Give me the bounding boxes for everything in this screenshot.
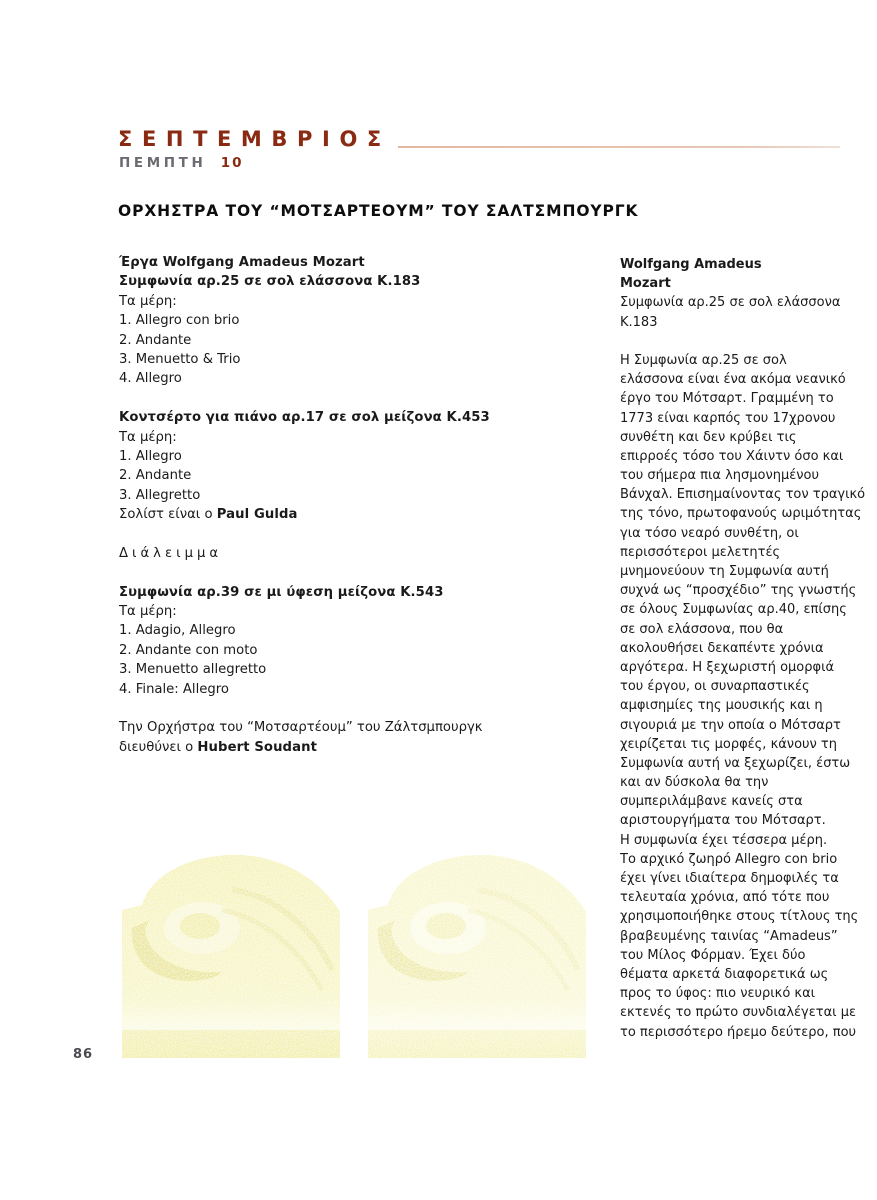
movement: 2. Andante con moto (119, 641, 539, 660)
notes-line: έργο του Μότσαρτ. Γραμμένη το (620, 389, 852, 408)
day-line: ΠΕΜΠΤΗ 10 (119, 155, 243, 171)
spacer (119, 563, 539, 582)
day-name: ΠΕΜΠΤΗ (119, 155, 206, 171)
soloist-line: Σολίστ είναι ο Paul Gulda (119, 505, 539, 524)
notes-line: θέματα αρκετά διαφορετικά ως (620, 965, 852, 984)
notes-line: χειρίζεται τις μορφές, κάνουν τη (620, 735, 852, 754)
notes-line: Βάνχαλ. Επισημαίνοντας τον τραγικό (620, 485, 852, 504)
spacer (119, 524, 539, 543)
conductor-line-1: Την Ορχήστρα του “Μοτσαρτέουμ” του Ζάλτσ… (119, 718, 539, 737)
notes-line: του σήμερα πια λησμονημένου (620, 466, 852, 485)
notes-work: Κ.183 (620, 313, 852, 332)
day-number: 10 (221, 155, 244, 171)
month-title: ΣΕΠΤΕΜΒΡΙΟΣ (118, 128, 391, 150)
notes-line: το περισσότερο ήρεμο δεύτερο, που (620, 1023, 852, 1042)
notes-line: του Μίλος Φόρμαν. Έχει δύο (620, 946, 852, 965)
notes-line: και αν δύσκολα θα την (620, 773, 852, 792)
movement: 4. Finale: Allegro (119, 680, 539, 699)
conductor-line-2: διευθύνει ο Hubert Soudant (119, 738, 539, 757)
notes-line: Συμφωνία αυτή να ξεχωρίζει, έστω (620, 754, 852, 773)
notes-line: του έργου, οι συναρπαστικές (620, 677, 852, 696)
movement: 1. Allegro (119, 447, 539, 466)
notes-line: ελάσσονα είναι ένα ακόμα νεανικό (620, 370, 852, 389)
notes-work: Συμφωνία αρ.25 σε σολ ελάσσονα (620, 293, 852, 312)
parts-label: Τα μέρη: (119, 428, 539, 447)
notes-line: έχει γίνει ιδιαίτερα δημοφιλές τα (620, 869, 852, 888)
spacer (119, 699, 539, 718)
movement: 4. Allegro (119, 369, 539, 388)
movement: 3. Allegretto (119, 486, 539, 505)
notes-line: τελευταία χρόνια, από τότε που (620, 888, 852, 907)
notes-line: σιγουριά με την οποία ο Μότσαρτ (620, 716, 852, 735)
movement: 1. Allegro con brio (119, 311, 539, 330)
notes-line: για τόσο νεαρό συνθέτη, οι (620, 524, 852, 543)
notes-line: Η συμφωνία έχει τέσσερα μέρη. (620, 831, 852, 850)
conductor-prefix: διευθύνει ο (119, 740, 197, 755)
notes-line: μνημονεύουν τη Συμφωνία αυτή (620, 562, 852, 581)
notes-line: αριστουργήματα του Μότσαρτ. (620, 811, 852, 830)
intermission: Διάλειμμα (119, 544, 539, 563)
movement: 2. Andante (119, 331, 539, 350)
notes-line: σε σολ ελάσσονα, που θα (620, 620, 852, 639)
notes-line: βραβευμένης ταινίας “Amadeus” (620, 927, 852, 946)
soloist-prefix: Σολίστ είναι ο (119, 507, 217, 522)
notes-line: συχνά ως “προσχέδιο” της γνωστής (620, 581, 852, 600)
parts-label: Τα μέρη: (119, 292, 539, 311)
movement: 3. Menuetto allegretto (119, 660, 539, 679)
work-title: Συμφωνία αρ.39 σε μι ύφεση μείζονα Κ.543 (119, 583, 539, 602)
notes-line: συνθέτη και δεν κρύβει τις (620, 428, 852, 447)
violin-scroll-image (368, 850, 586, 1058)
movement: 3. Menuetto & Trio (119, 350, 539, 369)
notes-line: αργότερα. Η ξεχωριστή ομορφιά (620, 658, 852, 677)
notes-line: προς το ύφος: πιο νευρικό και (620, 984, 852, 1003)
movement: 2. Andante (119, 466, 539, 485)
notes-line: αμφισημίες της μουσικής και η (620, 696, 852, 715)
soloist-name: Paul Gulda (217, 507, 298, 522)
notes-line: εκτενές το πρώτο συνδιαλέγεται με (620, 1003, 852, 1022)
composer-line: Έργα Wolfgang Amadeus Mozart (119, 253, 539, 272)
work-title: Κοντσέρτο για πιάνο αρ.17 σε σολ μείζονα… (119, 408, 539, 427)
notes-line: συμπεριλάμβανε κανείς στα (620, 792, 852, 811)
notes-line: Το αρχικό ζωηρό Allegro con brio (620, 850, 852, 869)
notes-composer: Wolfgang Amadeus (620, 255, 852, 274)
header-rule (398, 146, 840, 148)
notes-line: χρησιμοποιήθηκε στους τίτλους της (620, 907, 852, 926)
notes-line: της τόνο, πρωτοφανούς ωριμότητας (620, 504, 852, 523)
event-title: ΟΡΧΗΣΤΡΑ ΤΟΥ “ΜΟΤΣΑΡΤΕΟΥΜ” ΤΟΥ ΣΑΛΤΣΜΠΟΥ… (118, 202, 638, 220)
conductor-name: Hubert Soudant (197, 740, 317, 755)
work-1: Συμφωνία αρ.25 σε σολ ελάσσονα Κ.183 Τα … (119, 272, 539, 388)
notes-composer: Mozart (620, 274, 852, 293)
program-notes: Wolfgang Amadeus Mozart Συμφωνία αρ.25 σ… (620, 255, 852, 1042)
notes-line: επιρροές τόσο του Χάιντν όσο και (620, 447, 852, 466)
page-number: 86 (73, 1047, 93, 1062)
concert-program: Έργα Wolfgang Amadeus Mozart Συμφωνία αρ… (119, 253, 539, 757)
notes-line: περισσότεροι μελετητές (620, 543, 852, 562)
spacer (119, 389, 539, 408)
notes-line: 1773 είναι καρπός του 17χρονου (620, 409, 852, 428)
notes-body: Η Συμφωνία αρ.25 σε σολελάσσονα είναι έν… (620, 351, 852, 1042)
work-2: Κοντσέρτο για πιάνο αρ.17 σε σολ μείζονα… (119, 408, 539, 524)
work-3: Συμφωνία αρ.39 σε μι ύφεση μείζονα Κ.543… (119, 583, 539, 699)
notes-line: Η Συμφωνία αρ.25 σε σολ (620, 351, 852, 370)
violin-scroll-image (122, 850, 340, 1058)
spacer (620, 332, 852, 351)
movement: 1. Adagio, Allegro (119, 621, 539, 640)
work-title: Συμφωνία αρ.25 σε σολ ελάσσονα Κ.183 (119, 272, 539, 291)
notes-line: σε όλους Συμφωνίας αρ.40, επίσης (620, 600, 852, 619)
parts-label: Τα μέρη: (119, 602, 539, 621)
notes-line: ακολουθήσει δεκαπέντε χρόνια (620, 639, 852, 658)
